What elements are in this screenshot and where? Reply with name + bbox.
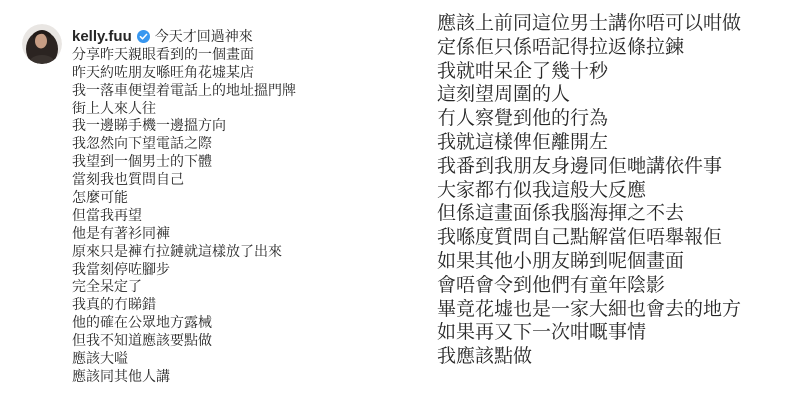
text-line: 我望到一個男士的下體	[72, 153, 296, 171]
text-line: 完全呆定了	[72, 278, 296, 296]
text-line: 我一落車便望着電話上的地址搵門牌	[72, 82, 296, 100]
text-line: 但當我再望	[72, 207, 296, 225]
avatar[interactable]	[22, 24, 62, 64]
text-line: 原來只是褲冇拉鏈就這樣放了出來	[72, 243, 296, 261]
text-line: 這刻望周圍的人	[437, 83, 741, 107]
text-line: 如果其他小朋友睇到呢個畫面	[437, 250, 741, 274]
text-line: 我一邊睇手機一邊搵方向	[72, 117, 296, 135]
text-line: 但我不知道應該要點做	[72, 332, 296, 350]
username[interactable]: kelly.fuu	[72, 28, 132, 46]
text-line: 街上人來人往	[72, 100, 296, 118]
text-line: 我應該點做	[437, 345, 741, 369]
caption-header-line: kelly.fuu 今天才回過神來	[72, 28, 296, 46]
text-line: 他的確在公眾地方露械	[72, 314, 296, 332]
text-line: 我真的冇睇錯	[72, 296, 296, 314]
text-line: 分享昨天親眼看到的一個畫面	[72, 46, 296, 64]
caption-first-line: 今天才回過神來	[155, 28, 253, 46]
text-line: 我就這樣俾佢離開左	[437, 131, 741, 155]
text-line: 我番到我朋友身邊同佢哋講依件事	[437, 155, 741, 179]
text-line: 冇人察覺到他的行為	[437, 107, 741, 131]
text-line: 當刻我也質問自己	[72, 171, 296, 189]
text-line: 我當刻停咗腳步	[72, 261, 296, 279]
verified-badge-icon	[137, 30, 150, 43]
text-line: 怎麼可能	[72, 189, 296, 207]
text-line: 我忽然向下望電話之際	[72, 135, 296, 153]
text-line: 但係這畫面係我腦海揮之不去	[437, 202, 741, 226]
text-line: 昨天約咗朋友喺旺角花墟某店	[72, 64, 296, 82]
text-line: 會唔會令到他們有童年陰影	[437, 274, 741, 298]
text-line: 我就咁呆企了幾十秒	[437, 60, 741, 84]
text-line: 他是有著衫同褲	[72, 225, 296, 243]
right-text-block: 應該上前同這位男士講你唔可以咁做定係佢只係唔記得拉返條拉鍊我就咁呆企了幾十秒這刻…	[437, 12, 741, 369]
text-line: 大家都冇似我這般大反應	[437, 179, 741, 203]
left-caption-content: kelly.fuu 今天才回過神來 分享昨天親眼看到的一個畫面昨天約咗朋友喺旺角…	[72, 24, 296, 386]
text-line: 應該同其他人講	[72, 368, 296, 386]
text-line: 定係佢只係唔記得拉返條拉鍊	[437, 36, 741, 60]
text-line: 如果再又下一次咁嘅事情	[437, 321, 741, 345]
text-line: 應該上前同這位男士講你唔可以咁做	[437, 12, 741, 36]
text-line: 我喺度質問自己點解當佢唔舉報佢	[437, 226, 741, 250]
text-line: 應該大嗌	[72, 350, 296, 368]
left-caption-lines: 分享昨天親眼看到的一個畫面昨天約咗朋友喺旺角花墟某店我一落車便望着電話上的地址搵…	[72, 46, 296, 386]
left-post-block: kelly.fuu 今天才回過神來 分享昨天親眼看到的一個畫面昨天約咗朋友喺旺角…	[22, 24, 296, 386]
post-screenshot: kelly.fuu 今天才回過神來 分享昨天親眼看到的一個畫面昨天約咗朋友喺旺角…	[0, 0, 800, 396]
text-line: 畢竟花墟也是一家大細也會去的地方	[437, 298, 741, 322]
